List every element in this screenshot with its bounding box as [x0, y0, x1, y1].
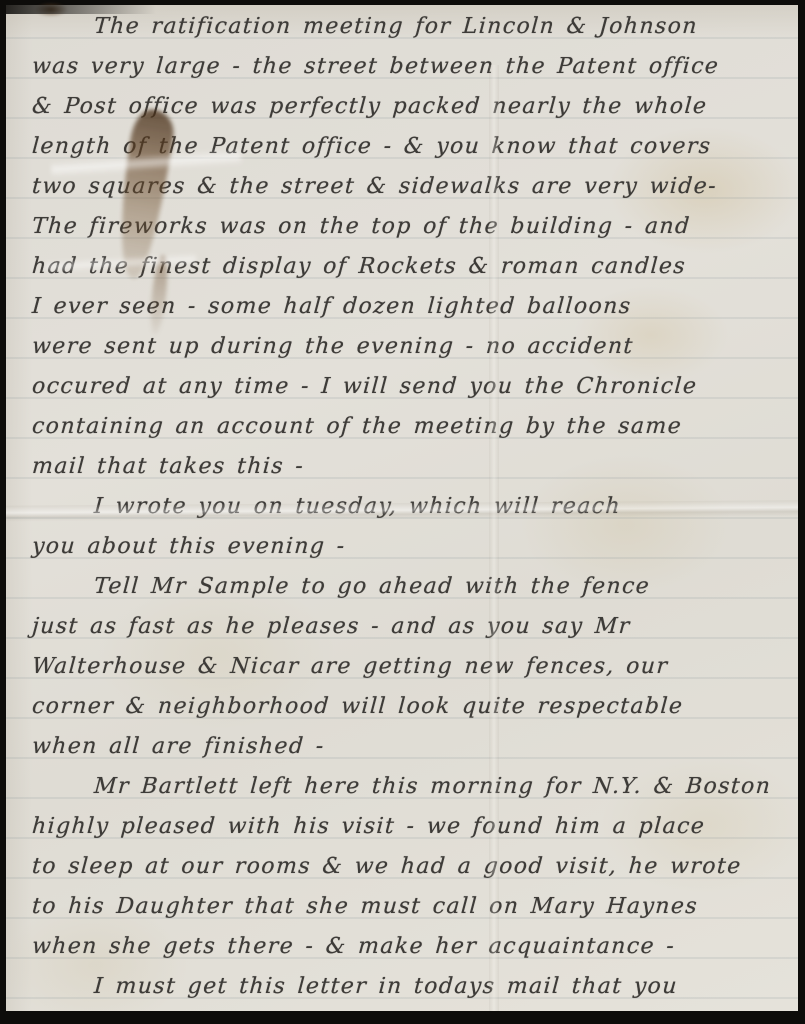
letter-line-10: occured at any time - I will send you th…: [31, 367, 800, 407]
letter-line-20: Mr Bartlett left here this morning for N…: [31, 767, 800, 807]
letter-line-14: you about this evening -: [31, 527, 800, 567]
scanned-letter-page: The ratification meeting for Lincoln & J…: [0, 0, 805, 1024]
letter-line-18: corner & neighborhood will look quite re…: [31, 687, 800, 727]
vertical-fold-crease: [489, 65, 499, 1011]
scan-corner-shadow: [6, 5, 156, 14]
letter-line-23: to his Daughter that she must call on Ma…: [31, 887, 800, 927]
letter-line-22: to sleep at our rooms & we had a good vi…: [31, 847, 800, 887]
letter-line-17: Walterhouse & Nicar are getting new fenc…: [31, 647, 800, 687]
letter-line-15: Tell Mr Sample to go ahead with the fenc…: [31, 567, 800, 607]
letter-line-11: containing an account of the meeting by …: [31, 407, 800, 447]
letter-line-19: when all are finished -: [31, 727, 800, 767]
letter-line-24: when she gets there - & make her acquain…: [31, 927, 800, 967]
letter-line-2: was very large - the street between the …: [31, 47, 800, 87]
letter-line-8: I ever seen - some half dozen lighted ba…: [31, 287, 800, 327]
letter-line-25: I must get this letter in todays mail th…: [31, 967, 800, 1007]
letter-line-21: highly pleased with his visit - we found…: [31, 807, 800, 847]
paper-sheet: The ratification meeting for Lincoln & J…: [6, 5, 798, 1011]
letter-line-12: mail that takes this -: [31, 447, 800, 487]
letter-line-9: were sent up during the evening - no acc…: [31, 327, 800, 367]
letter-line-16: just as fast as he pleases - and as you …: [31, 607, 800, 647]
